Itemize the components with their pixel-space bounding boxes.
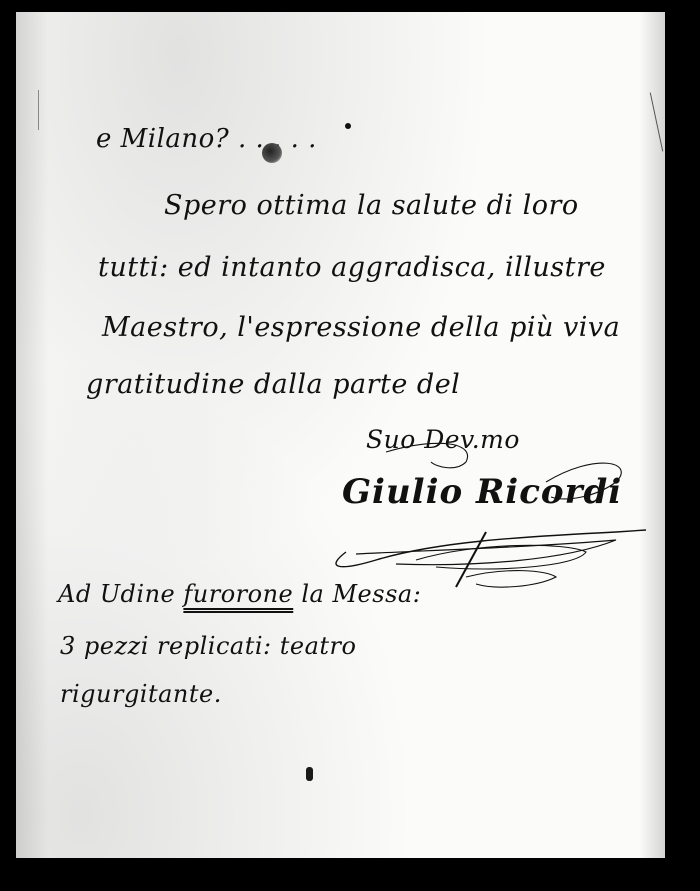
ink-blot [262, 143, 282, 163]
postscript-line-3: rigurgitante. [60, 680, 222, 708]
edge-pen-mark [650, 93, 663, 152]
signature-flourish-icon [316, 442, 656, 602]
letter-body-line-3: Maestro, l'espressione della più viva [102, 312, 620, 343]
postscript-line-1-start: Ad Udine [58, 580, 183, 608]
letter-signature: Giulio Ricordi [342, 472, 622, 512]
postscript-line-1-end: la Messa: [293, 580, 421, 608]
letter-body-line-2: tutti: ed intanto aggradisca, illustre [98, 252, 606, 283]
postscript-line-1: Ad Udine furorone la Messa: [58, 580, 421, 608]
postscript-line-2: 3 pezzi replicati: teatro [60, 632, 356, 660]
letter-page: e Milano? . . . . . Spero ottima la salu… [16, 12, 665, 858]
ink-dot [345, 123, 351, 129]
margin-pencil-mark [38, 90, 39, 130]
letter-body-line-1: Spero ottima la salute di loro [164, 190, 579, 221]
ink-spot [306, 767, 313, 781]
letter-body-line-4: gratitudine dalla parte del [86, 369, 460, 400]
letter-greeting-line: e Milano? . . . . . [96, 124, 317, 154]
postscript-underlined-word: furorone [183, 580, 293, 608]
